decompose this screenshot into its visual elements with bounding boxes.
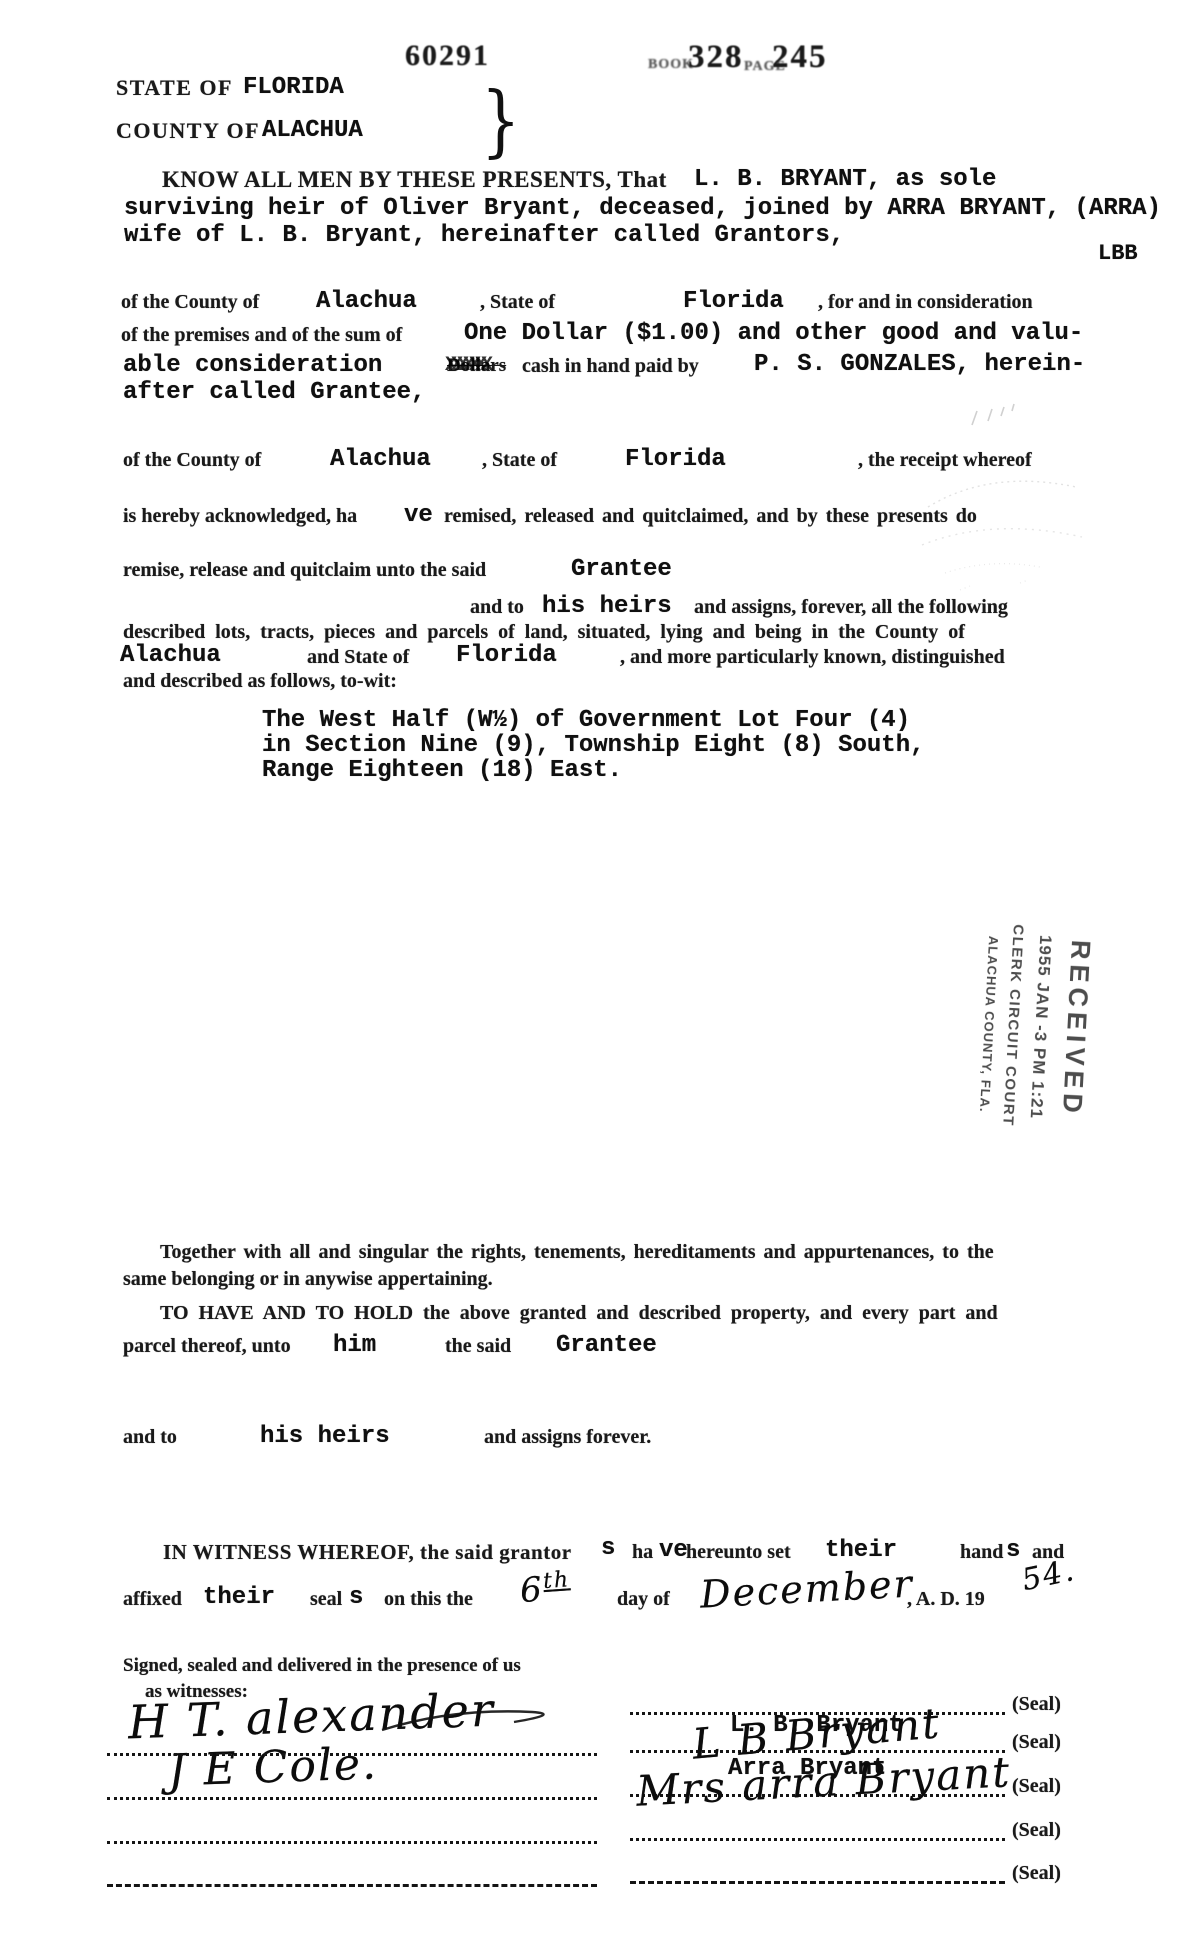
struck-dollars: Dollars XXXXXXX — [447, 356, 506, 376]
hand-printed: hand — [960, 1542, 1003, 1563]
instrument-number: 60291 — [405, 40, 490, 72]
and-to-1: and to — [470, 597, 524, 618]
legal-description-line2: in Section Nine (9), Township Eight (8) … — [262, 733, 925, 758]
parcel-clause: parcel thereof, unto — [123, 1336, 291, 1357]
in-witness-clause: IN WITNESS WHEREOF, the said grantor — [163, 1541, 572, 1563]
assigns-forever: and assigns forever. — [484, 1427, 651, 1448]
county-typed-2: Alachua — [330, 447, 431, 472]
month-handwritten: December — [699, 1564, 915, 1615]
grantee-typed-mid: Grantee — [571, 557, 672, 582]
legal-description-line3: Range Eighteen (18) East. — [262, 758, 622, 783]
stamp-received: RECEIVED — [1054, 907, 1098, 1150]
seal-label-1: (Seal) — [1012, 1694, 1061, 1715]
amount-typed: One Dollar ($1.00) and other good and va… — [464, 321, 1083, 346]
cash-clause: cash in hand paid by — [522, 356, 699, 377]
stamp-county: ALACHUA COUNTY, FLA. — [975, 903, 1003, 1145]
deed-page: 60291 BOOK 328 PAGE 245 STATE OF FLORIDA… — [0, 0, 1200, 1946]
state-typed-3: Florida — [456, 643, 557, 668]
grantee-name-typed: P. S. GONZALES, herein- — [754, 352, 1085, 377]
witness2-signature: J E Cole. — [167, 1741, 378, 1794]
form-brace: } — [481, 80, 520, 161]
ad-19-printed: , A. D. 19 — [907, 1589, 985, 1610]
faint-marks — [900, 395, 1110, 615]
stamp-clerk: CLERK CIRCUIT COURT — [998, 904, 1028, 1147]
grantor2-signature: Mrs arra Bryant — [635, 1750, 1012, 1814]
witness-line-1 — [107, 1753, 597, 1756]
book-number: 328 — [688, 40, 744, 75]
county-of-label: COUNTY OF — [116, 119, 260, 142]
ve-typed-2: ve — [659, 1538, 688, 1563]
county-typed-3: Alachua — [120, 643, 221, 668]
year-handwritten: 54. — [1019, 1555, 1078, 1597]
seal-label-5: (Seal) — [1012, 1863, 1061, 1884]
witness1-flourish — [380, 1700, 580, 1740]
seal-printed: seal — [310, 1589, 342, 1610]
county-lead-1: of the County of — [121, 292, 259, 313]
towit-clause: and described as follows, to-wit: — [123, 671, 397, 692]
together-line1: Together with all and singular the right… — [160, 1242, 994, 1263]
him-typed: him — [333, 1333, 376, 1358]
grantor-s-typed: s — [601, 1536, 615, 1561]
state-of-label: STATE OF — [116, 76, 233, 99]
heirs-typed-1: his heirs — [542, 594, 672, 619]
on-this-the: on this the — [384, 1589, 473, 1610]
described-clause: described lots, tracts, pieces and parce… — [123, 622, 965, 643]
received-stamp: RECEIVED 1955 JAN -3 PM 1:21 CLERK CIRCU… — [924, 900, 1099, 1150]
stamp-datetime: 1955 JAN -3 PM 1:21 — [1024, 906, 1057, 1149]
acknowledged-b: remised, released and quitclaimed, and b… — [444, 506, 977, 527]
ha-printed: ha — [632, 1542, 653, 1563]
remise-clause: remise, release and quitclaim unto the s… — [123, 560, 486, 581]
margin-initials: LBB — [1098, 242, 1138, 265]
witness-line-4 — [107, 1884, 597, 1887]
witness-line-3 — [107, 1841, 597, 1844]
presence-clause: Signed, sealed and delivered in the pres… — [123, 1656, 521, 1676]
county-typed-1: Alachua — [316, 289, 417, 314]
their-typed-1: their — [825, 1538, 897, 1563]
page-number: 245 — [772, 40, 828, 75]
grantee-typed-bottom: Grantee — [556, 1333, 657, 1358]
state-name-typed: FLORIDA — [243, 75, 344, 100]
tohave-line1: TO HAVE AND TO HOLD the above granted an… — [160, 1303, 998, 1324]
seals-s-typed: s — [349, 1585, 363, 1610]
day-suffix: th — [542, 1567, 571, 1594]
their-typed-2: their — [203, 1585, 275, 1610]
state-typed-1: Florida — [683, 289, 784, 314]
county-lead-2: of the County of — [123, 450, 261, 471]
more-particularly: , and more particularly known, distingui… — [620, 647, 1005, 668]
amount-typed-2: able consideration — [123, 353, 382, 378]
day-number: 6 — [519, 1569, 545, 1611]
strike-overlay: XXXXXXX — [445, 355, 487, 376]
state-typed-2: Florida — [625, 447, 726, 472]
hands-s-typed: s — [1006, 1538, 1020, 1563]
seal-label-3: (Seal) — [1012, 1776, 1061, 1797]
seal-label-2: (Seal) — [1012, 1732, 1061, 1753]
legal-description-line1: The West Half (W½) of Government Lot Fou… — [262, 708, 910, 733]
grantor-line-4 — [630, 1838, 1005, 1841]
grantor-name-typed: L. B. BRYANT, as sole — [694, 167, 996, 192]
day-handwritten: 6th — [519, 1568, 572, 1609]
together-line2: same belonging or in anywise appertainin… — [123, 1269, 493, 1290]
and-to-2: and to — [123, 1427, 177, 1448]
and-state-of: and State of — [307, 647, 409, 668]
hereunto-set: hereunto set — [686, 1542, 791, 1563]
affixed-printed: affixed — [123, 1589, 182, 1610]
state-lead-1: , State of — [480, 292, 555, 313]
state-lead-2: , State of — [482, 450, 557, 471]
acknowledged-a: is hereby acknowledged, ha — [123, 506, 357, 527]
consideration-tail: , for and in consideration — [818, 292, 1033, 313]
seal-label-4: (Seal) — [1012, 1820, 1061, 1841]
opening-typed-line3: wife of L. B. Bryant, hereinafter called… — [124, 223, 844, 248]
ve-typed: ve — [404, 503, 433, 528]
know-all-men-clause: KNOW ALL MEN BY THESE PRESENTS, That — [162, 168, 667, 192]
day-of-printed: day of — [617, 1589, 670, 1610]
the-said-label: the said — [445, 1336, 511, 1357]
witness-line-2 — [107, 1797, 597, 1800]
opening-typed-line2: surviving heir of Oliver Bryant, decease… — [124, 196, 1161, 221]
premises-clause: of the premises and of the sum of — [121, 325, 402, 346]
heirs-typed-2: his heirs — [260, 1424, 390, 1449]
county-name-typed: ALACHUA — [262, 118, 363, 143]
grantee-name-typed-2: after called Grantee, — [123, 380, 425, 405]
grantor-line-5 — [630, 1881, 1005, 1884]
